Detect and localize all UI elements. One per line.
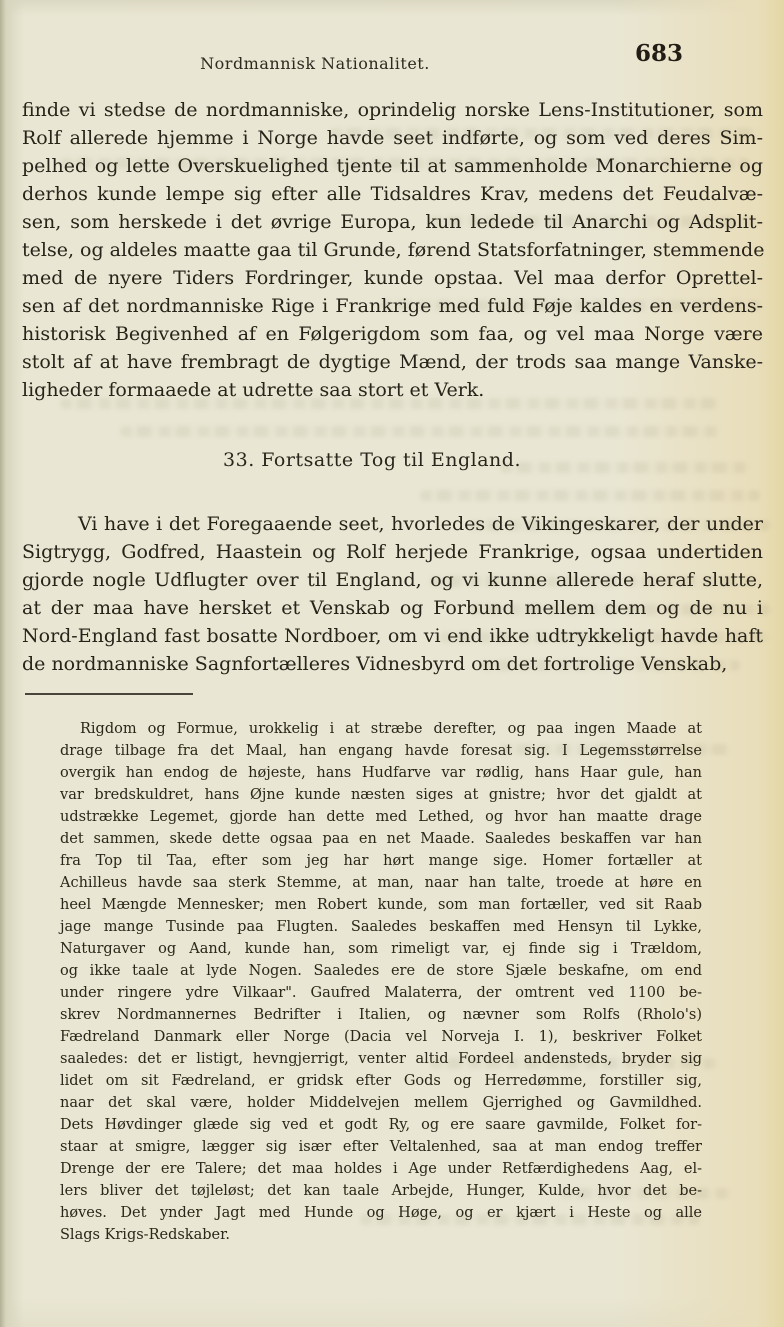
footnote-text: Rigdom og Formue, urokkelig i at stræbe …	[60, 718, 702, 1246]
text-line: sen af det nordmanniske Rige i Frankrige…	[22, 292, 763, 320]
page-number: 683	[626, 40, 692, 67]
text-line: overgik han endog de højeste, hans Hudfa…	[60, 762, 702, 784]
text-line: jage mange Tusinde paa Flugten. Saaledes…	[60, 916, 702, 938]
text-line: fra Top til Taa, efter som jeg har hørt …	[60, 850, 702, 872]
text-line: telse, og aldeles maatte gaa til Grunde,…	[22, 236, 763, 264]
text-line: heel Mængde Mennesker; men Robert kunde,…	[60, 894, 702, 916]
section-heading: 33. Fortsatte Tog til England.	[22, 449, 722, 471]
body-paragraph-1: finde vi stedse de nordmanniske, oprinde…	[22, 96, 763, 404]
text-line: Vi have i det Foregaaende seet, hvorlede…	[22, 510, 763, 538]
text-line: var bredskuldret, hans Øjne kunde næsten…	[60, 784, 702, 806]
text-line: udstrække Legemet, gjorde han dette med …	[60, 806, 702, 828]
running-head: Nordmannisk Nationalitet.	[120, 54, 510, 73]
footnote-divider	[25, 693, 193, 695]
text-line: Drenge der ere Talere; det maa holdes i …	[60, 1158, 702, 1180]
text-line: naar det skal være, holder Middelvejen m…	[60, 1092, 702, 1114]
text-line: finde vi stedse de nordmanniske, oprinde…	[22, 96, 763, 124]
text-line: ligheder formaaede at udrette saa stort …	[22, 376, 763, 404]
text-line: Dets Høvdinger glæde sig ved et godt Ry,…	[60, 1114, 702, 1136]
body-paragraph-2: Vi have i det Foregaaende seet, hvorlede…	[22, 510, 763, 678]
text-line: Nord-England fast bosatte Nordboer, om v…	[22, 622, 763, 650]
text-line: skrev Nordmannernes Bedrifter i Italien,…	[60, 1004, 702, 1026]
text-line: sen, som herskede i det øvrige Europa, k…	[22, 208, 763, 236]
text-line: gjorde nogle Udflugter over til England,…	[22, 566, 763, 594]
text-line: Fædreland Danmark eller Norge (Dacia vel…	[60, 1026, 702, 1048]
text-line: og ikke taale at lyde Nogen. Saaledes er…	[60, 960, 702, 982]
text-line: Sigtrygg, Godfred, Haastein og Rolf herj…	[22, 538, 763, 566]
text-line: lers bliver det tøjleløst; det kan taale…	[60, 1180, 702, 1202]
text-line: de nordmanniske Sagnfortælleres Vidnesby…	[22, 650, 763, 678]
text-line: lidet om sit Fædreland, er gridsk efter …	[60, 1070, 702, 1092]
text-line: med de nyere Tiders Fordringer, kunde op…	[22, 264, 763, 292]
text-line: Rigdom og Formue, urokkelig i at stræbe …	[60, 718, 702, 740]
text-line: derhos kunde lempe sig efter alle Tidsal…	[22, 180, 763, 208]
text-line: det sammen, skede dette ogsaa paa en net…	[60, 828, 702, 850]
text-line: Naturgaver og Aand, kunde han, som rimel…	[60, 938, 702, 960]
text-line: Slags Krigs-Redskaber.	[60, 1224, 702, 1246]
text-line: stolt af at have frembragt de dygtige Mæ…	[22, 348, 763, 376]
text-line: høves. Det ynder Jagt med Hunde og Høge,…	[60, 1202, 702, 1224]
text-line: pelhed og lette Overskuelighed tjente ti…	[22, 152, 763, 180]
text-line: historisk Begivenhed af en Følgerigdom s…	[22, 320, 763, 348]
text-line: under ringere ydre Vilkaar". Gaufred Mal…	[60, 982, 702, 1004]
text-line: Rolf allerede hjemme i Norge havde seet …	[22, 124, 763, 152]
text-line: staar at smigre, lægger sig især efter V…	[60, 1136, 702, 1158]
page-bleed-through	[420, 490, 760, 501]
text-line: saaledes: det er listigt, hevngjerrigt, …	[60, 1048, 702, 1070]
text-line: Achilleus havde saa sterk Stemme, at man…	[60, 872, 702, 894]
text-line: drage tilbage fra det Maal, han engang h…	[60, 740, 702, 762]
text-line: at der maa have hersket et Venskab og Fo…	[22, 594, 763, 622]
page-bleed-through	[120, 426, 720, 437]
book-page: { "colors": { "paper": "#e9e6d3", "ink":…	[0, 0, 784, 1327]
